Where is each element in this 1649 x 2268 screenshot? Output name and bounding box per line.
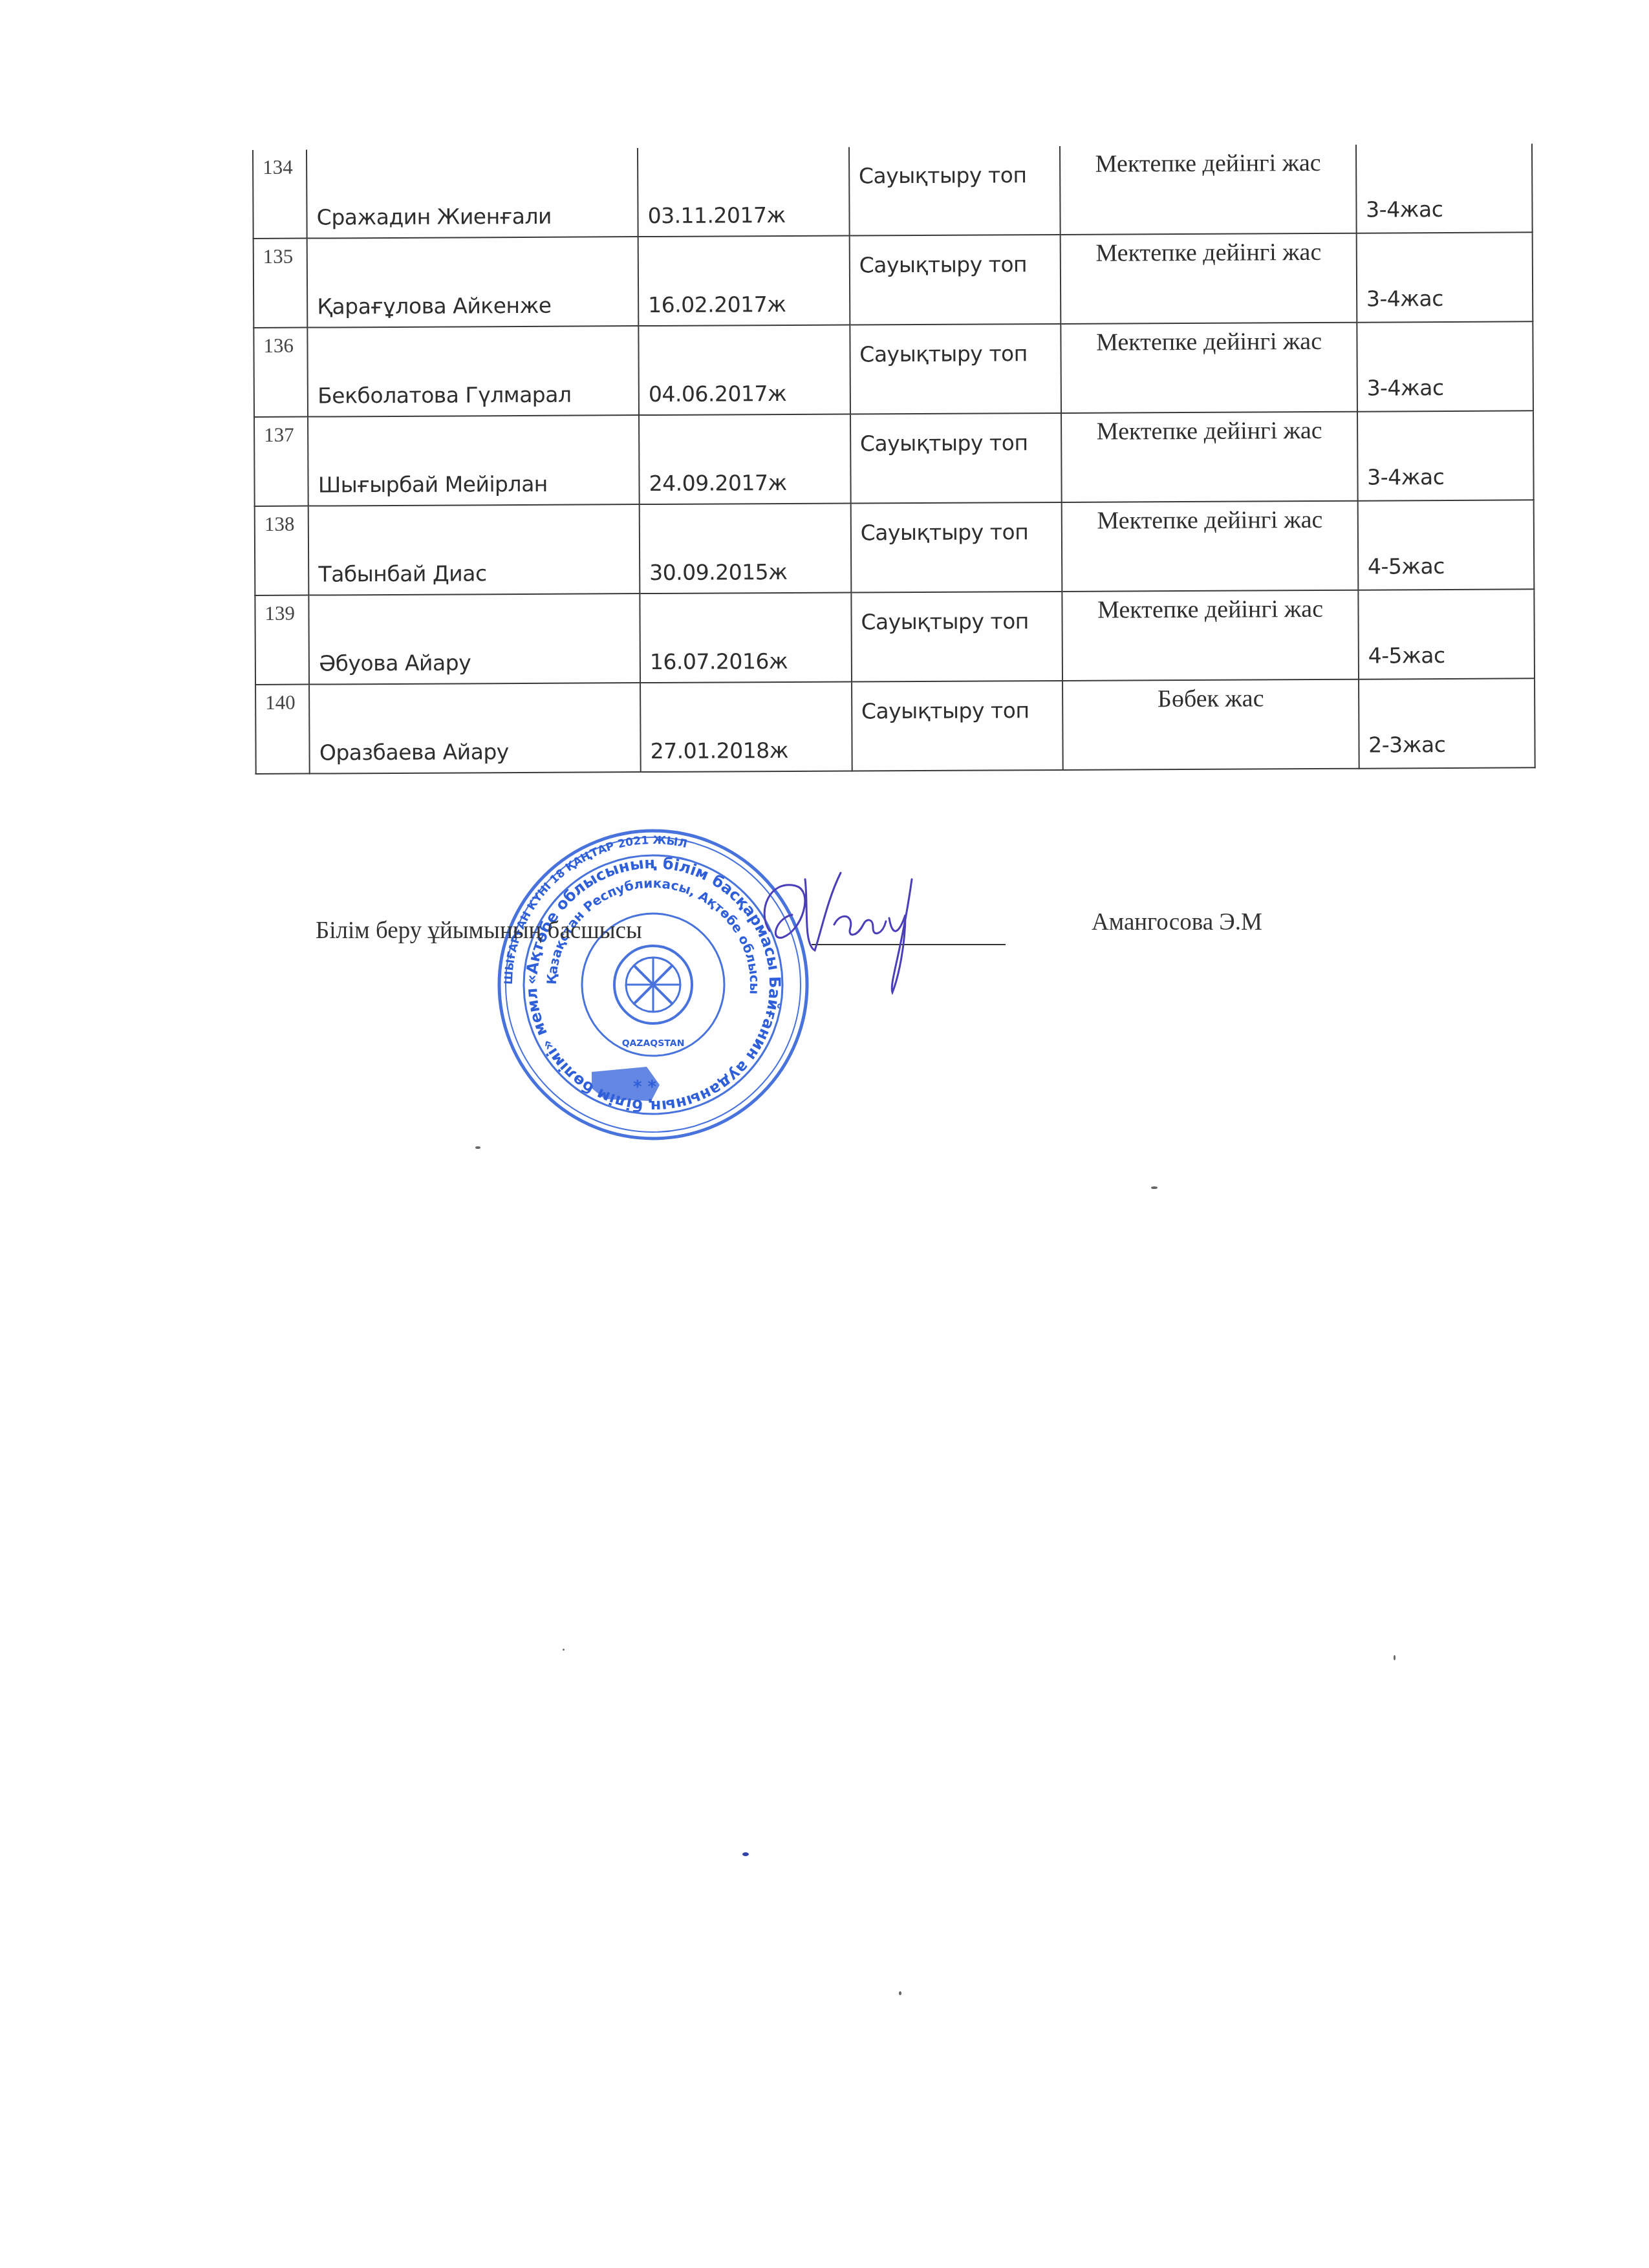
age-range-cell: 3-4жас — [1357, 411, 1534, 500]
children-register-table: 134Сражадин Жиенғали03.11.2017жСауықтыру… — [252, 144, 1536, 775]
row-number-cell: 134 — [253, 150, 307, 239]
birth-date-cell: 04.06.2017ж — [638, 325, 850, 415]
birth-date-cell: 24.09.2017ж — [639, 414, 850, 504]
age-category-cell: Мектепке дейінгі жас — [1062, 501, 1358, 592]
scan-speck — [1394, 1655, 1396, 1660]
table-row: 137Шығырбай Мейірлан24.09.2017жСауықтыру… — [254, 411, 1534, 506]
table-row: 134Сражадин Жиенғали03.11.2017жСауықтыру… — [253, 144, 1533, 239]
svg-text:QAZAQSTAN: QAZAQSTAN — [622, 1038, 685, 1049]
age-range-cell: 3-4жас — [1356, 144, 1533, 233]
birth-date-cell: 16.02.2017ж — [638, 235, 850, 326]
scan-speck — [563, 1649, 565, 1651]
group-name-cell: Сауықтыру топ — [849, 146, 1061, 236]
scan-speck — [899, 1991, 901, 1995]
child-name-cell: Сражадин Жиенғали — [307, 148, 638, 238]
age-range-cell: 3-4жас — [1357, 321, 1533, 411]
row-number-cell: 135 — [253, 239, 308, 328]
birth-date-cell: 16.07.2016ж — [640, 592, 851, 683]
child-name-cell: Шығырбай Мейірлан — [308, 415, 639, 506]
age-category-cell: Бөбек жас — [1062, 679, 1359, 770]
signatory-name: Амангосова Э.М — [1092, 908, 1262, 936]
group-name-cell: Сауықтыру топ — [850, 413, 1062, 504]
age-category-cell: Мектепке дейінгі жас — [1061, 412, 1357, 502]
scan-speck — [475, 1146, 480, 1149]
group-name-cell: Сауықтыру топ — [851, 592, 1062, 682]
table-row: 140Оразбаева Айару27.01.2018жСауықтыру т… — [255, 678, 1535, 774]
scan-speck — [742, 1852, 749, 1856]
child-name-cell: Табынбай Диас — [308, 504, 640, 595]
handwritten-signature — [744, 853, 938, 1002]
group-name-cell: Сауықтыру топ — [852, 681, 1063, 771]
birth-date-cell: 03.11.2017ж — [638, 147, 849, 237]
child-name-cell: Қарағұлова Айкенже — [307, 237, 638, 327]
table-row: 138Табынбай Диас30.09.2015жСауықтыру топ… — [255, 500, 1535, 595]
age-category-cell: Мектепке дейінгі жас — [1061, 233, 1357, 324]
age-range-cell: 4-5жас — [1358, 589, 1535, 679]
age-range-cell: 3-4жас — [1356, 232, 1533, 322]
age-range-cell: 2-3жас — [1359, 678, 1535, 768]
child-name-cell: Бекболатова Гүлмарал — [308, 326, 639, 416]
document-page: 134Сражадин Жиенғали03.11.2017жСауықтыру… — [0, 0, 1649, 2268]
child-name-cell: Оразбаева Айару — [309, 683, 640, 773]
group-name-cell: Сауықтыру топ — [850, 324, 1061, 414]
birth-date-cell: 30.09.2015ж — [640, 503, 851, 594]
age-category-cell: Мектепке дейінгі жас — [1061, 323, 1357, 413]
scan-speck — [1151, 1186, 1158, 1189]
row-number-cell: 139 — [255, 595, 309, 685]
signatory-role: Білім беру ұйымының басшысы — [316, 917, 642, 945]
group-name-cell: Сауықтыру топ — [850, 502, 1062, 593]
row-number-cell: 140 — [255, 685, 310, 774]
table-row: 135Қарағұлова Айкенже16.02.2017жСауықтыр… — [253, 232, 1533, 328]
age-range-cell: 4-5жас — [1357, 500, 1534, 590]
row-number-cell: 138 — [255, 506, 309, 595]
table-row: 139Әбуова Айару16.07.2016жСауықтыру топМ… — [255, 589, 1535, 685]
row-number-cell: 136 — [253, 328, 308, 417]
child-name-cell: Әбуова Айару — [309, 594, 640, 684]
table-row: 136Бекболатова Гүлмарал04.06.2017жСауықт… — [253, 321, 1533, 417]
birth-date-cell: 27.01.2018ж — [640, 681, 852, 772]
age-category-cell: Мектепке дейінгі жас — [1060, 145, 1356, 235]
age-category-cell: Мектепке дейінгі жас — [1062, 590, 1359, 681]
row-number-cell: 137 — [254, 417, 308, 506]
group-name-cell: Сауықтыру топ — [849, 235, 1061, 325]
